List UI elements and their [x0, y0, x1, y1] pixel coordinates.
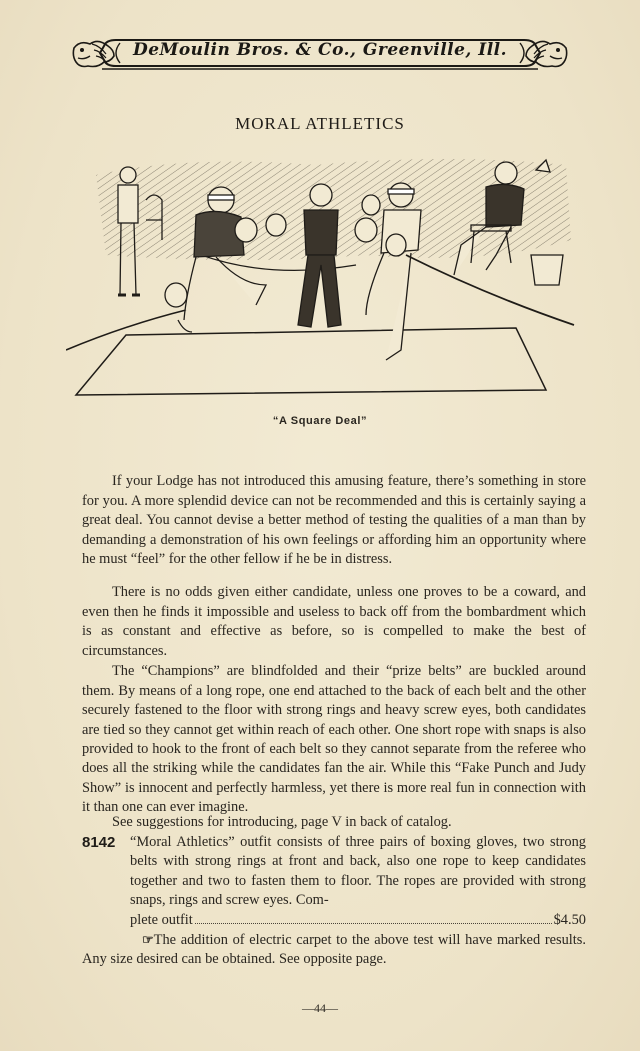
item-number: 8142 — [82, 833, 115, 852]
carpet — [76, 328, 546, 395]
header-banner: DeMoulin Bros. & Co., Greenville, Ill. — [72, 36, 568, 70]
catalog-page: DeMoulin Bros. & Co., Greenville, Ill. M… — [0, 0, 640, 1051]
item-price: $4.50 — [554, 911, 586, 930]
paragraph-intro: If your Lodge has not introduced this am… — [82, 472, 586, 569]
paragraph-odds: There is no odds given either candidate,… — [82, 583, 586, 661]
bucket — [531, 255, 563, 285]
paragraph-champions: The “Champions” are blindfolded and thei… — [82, 662, 586, 817]
pointing-hand-icon: ☞ — [112, 930, 153, 949]
note-text: The addition of electric carpet to the a… — [82, 932, 586, 967]
paragraph-suggestions: See suggestions for introducing, page V … — [82, 813, 586, 832]
price-label: plete outfit — [130, 911, 193, 930]
page-number: —44— — [0, 1001, 640, 1016]
publisher-name: DeMoulin Bros. & Co., Greenville, Ill. — [72, 40, 568, 60]
page-title: MORAL ATHLETICS — [0, 114, 640, 134]
note-electric-carpet: ☞The addition of electric carpet to the … — [82, 930, 586, 970]
square-deal-illustration — [66, 145, 576, 400]
item-description: “Moral Athletics” outfit consists of thr… — [130, 834, 586, 908]
item-price-line: plete outfit $4.50 — [130, 911, 586, 930]
item-description-block: “Moral Athletics” outfit consists of thr… — [130, 833, 586, 930]
illustration-caption: “A Square Deal” — [0, 415, 640, 427]
dot-leader — [195, 923, 552, 924]
